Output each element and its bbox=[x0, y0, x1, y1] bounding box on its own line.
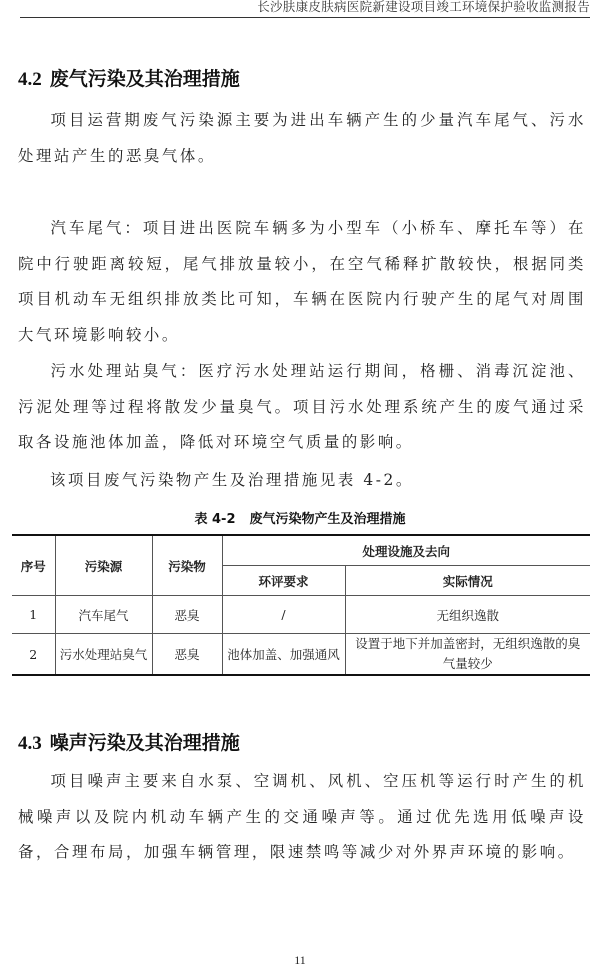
cell-actual-situation: 无组织逸散 bbox=[345, 596, 590, 634]
paragraph: 项目噪声主要来自水泵、空调机、风机、空压机等运行时产生的机械噪声以及院内机动车辆… bbox=[18, 764, 586, 871]
header-pollutant: 污染物 bbox=[152, 535, 222, 596]
table-caption-number: 表 4-2 bbox=[194, 512, 235, 527]
header-actual-situation: 实际情况 bbox=[345, 566, 590, 596]
running-header: 长沙肤康皮肤病医院新建设项目竣工环境保护验收监测报告 bbox=[20, 0, 590, 18]
cell-source: 汽车尾气 bbox=[55, 596, 152, 634]
cell-eia-requirement: 池体加盖、加强通风 bbox=[222, 634, 345, 676]
header-eia-requirement: 环评要求 bbox=[222, 566, 345, 596]
table-header-row: 序号 污染源 污染物 处理设施及去向 bbox=[12, 535, 590, 566]
cell-seq: 1 bbox=[12, 596, 55, 634]
section-title: 噪声污染及其治理措施 bbox=[50, 732, 240, 754]
section-number: 4.3 bbox=[18, 733, 42, 754]
cell-source: 污水处理站臭气 bbox=[55, 634, 152, 676]
cell-seq: 2 bbox=[12, 634, 55, 676]
running-header-title: 长沙肤康皮肤病医院新建设项目竣工环境保护验收监测报告 bbox=[257, 0, 590, 14]
table-row: 2 污水处理站臭气 恶臭 池体加盖、加强通风 设置于地下并加盖密封，无组织逸散的… bbox=[12, 634, 590, 676]
table-caption-title: 废气污染物产生及治理措施 bbox=[250, 512, 406, 527]
paragraph: 汽车尾气：项目进出医院车辆多为小型车（小桥车、摩托车等）在院中行驶距离较短，尾气… bbox=[18, 211, 586, 353]
paragraph: 污水处理站臭气：医疗污水处理站运行期间，格栅、消毒沉淀池、污泥处理等过程将散发少… bbox=[18, 354, 586, 461]
page-number: 11 bbox=[0, 953, 600, 968]
header-source: 污染源 bbox=[55, 535, 152, 596]
header-seq: 序号 bbox=[12, 535, 55, 596]
table-row: 1 汽车尾气 恶臭 / 无组织逸散 bbox=[12, 596, 590, 634]
cell-actual-situation: 设置于地下并加盖密封，无组织逸散的臭气量较少 bbox=[345, 634, 590, 676]
pollutant-treatment-table: 序号 污染源 污染物 处理设施及去向 环评要求 实际情况 1 汽车尾气 恶臭 /… bbox=[12, 534, 590, 676]
paragraph: 项目运营期废气污染源主要为进出车辆产生的少量汽车尾气、污水处理站产生的恶臭气体。 bbox=[18, 103, 586, 174]
header-treatment-group: 处理设施及去向 bbox=[222, 535, 590, 566]
paragraph: 该项目废气污染物产生及治理措施见表 4-2。 bbox=[18, 463, 586, 499]
section-number: 4.2 bbox=[18, 69, 42, 90]
section-title: 废气污染及其治理措施 bbox=[50, 68, 240, 90]
section-heading-4-2: 4.2废气污染及其治理措施 bbox=[18, 64, 240, 91]
cell-pollutant: 恶臭 bbox=[152, 596, 222, 634]
section-heading-4-3: 4.3噪声污染及其治理措施 bbox=[18, 728, 240, 755]
table-caption: 表 4-2废气污染物产生及治理措施 bbox=[0, 508, 600, 527]
cell-pollutant: 恶臭 bbox=[152, 634, 222, 676]
cell-eia-requirement: / bbox=[222, 596, 345, 634]
